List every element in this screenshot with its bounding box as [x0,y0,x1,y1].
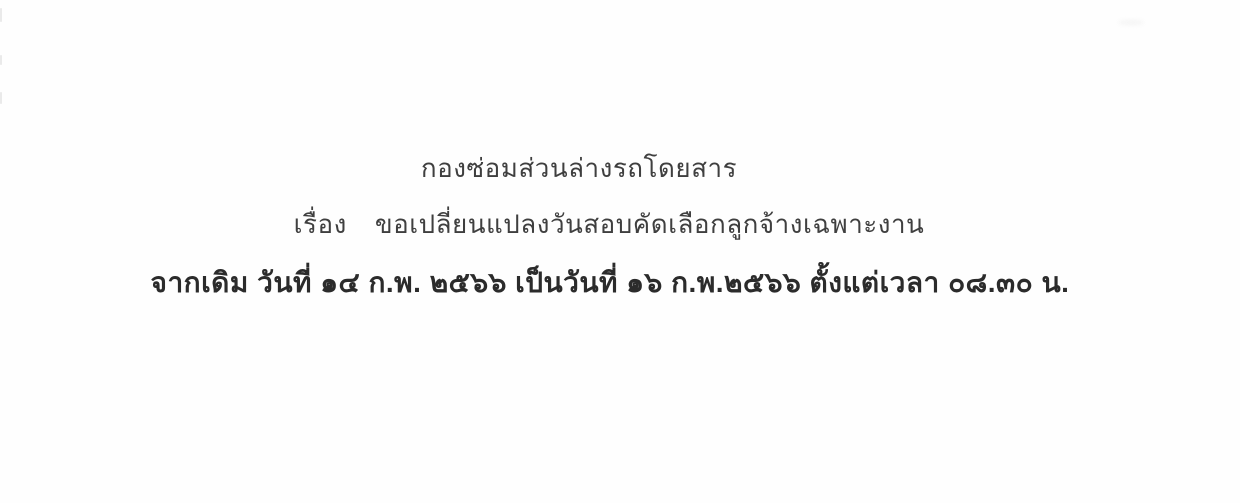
scan-artifact [0,92,2,104]
scan-artifact [0,55,2,65]
scanned-document-page: กองซ่อมส่วนล่างรถโดยสาร เรื่องขอเปลี่ยนแ… [0,0,1240,503]
scan-artifact [1118,20,1144,25]
date-change-line: จากเดิม วันที่ ๑๔ ก.พ. ๒๕๖๖ เป็นวันที่ ๑… [0,261,1230,305]
subject-line: เรื่องขอเปลี่ยนแปลงวันสอบคัดเลือกลูกจ้าง… [0,204,1229,245]
subject-label: เรื่อง [294,204,347,245]
division-title: กองซ่อมส่วนล่างรถโดยสาร [0,148,1199,189]
subject-text: ขอเปลี่ยนแปลงวันสอบคัดเลือกลูกจ้างเฉพาะง… [375,209,925,239]
scan-artifact [0,8,2,22]
